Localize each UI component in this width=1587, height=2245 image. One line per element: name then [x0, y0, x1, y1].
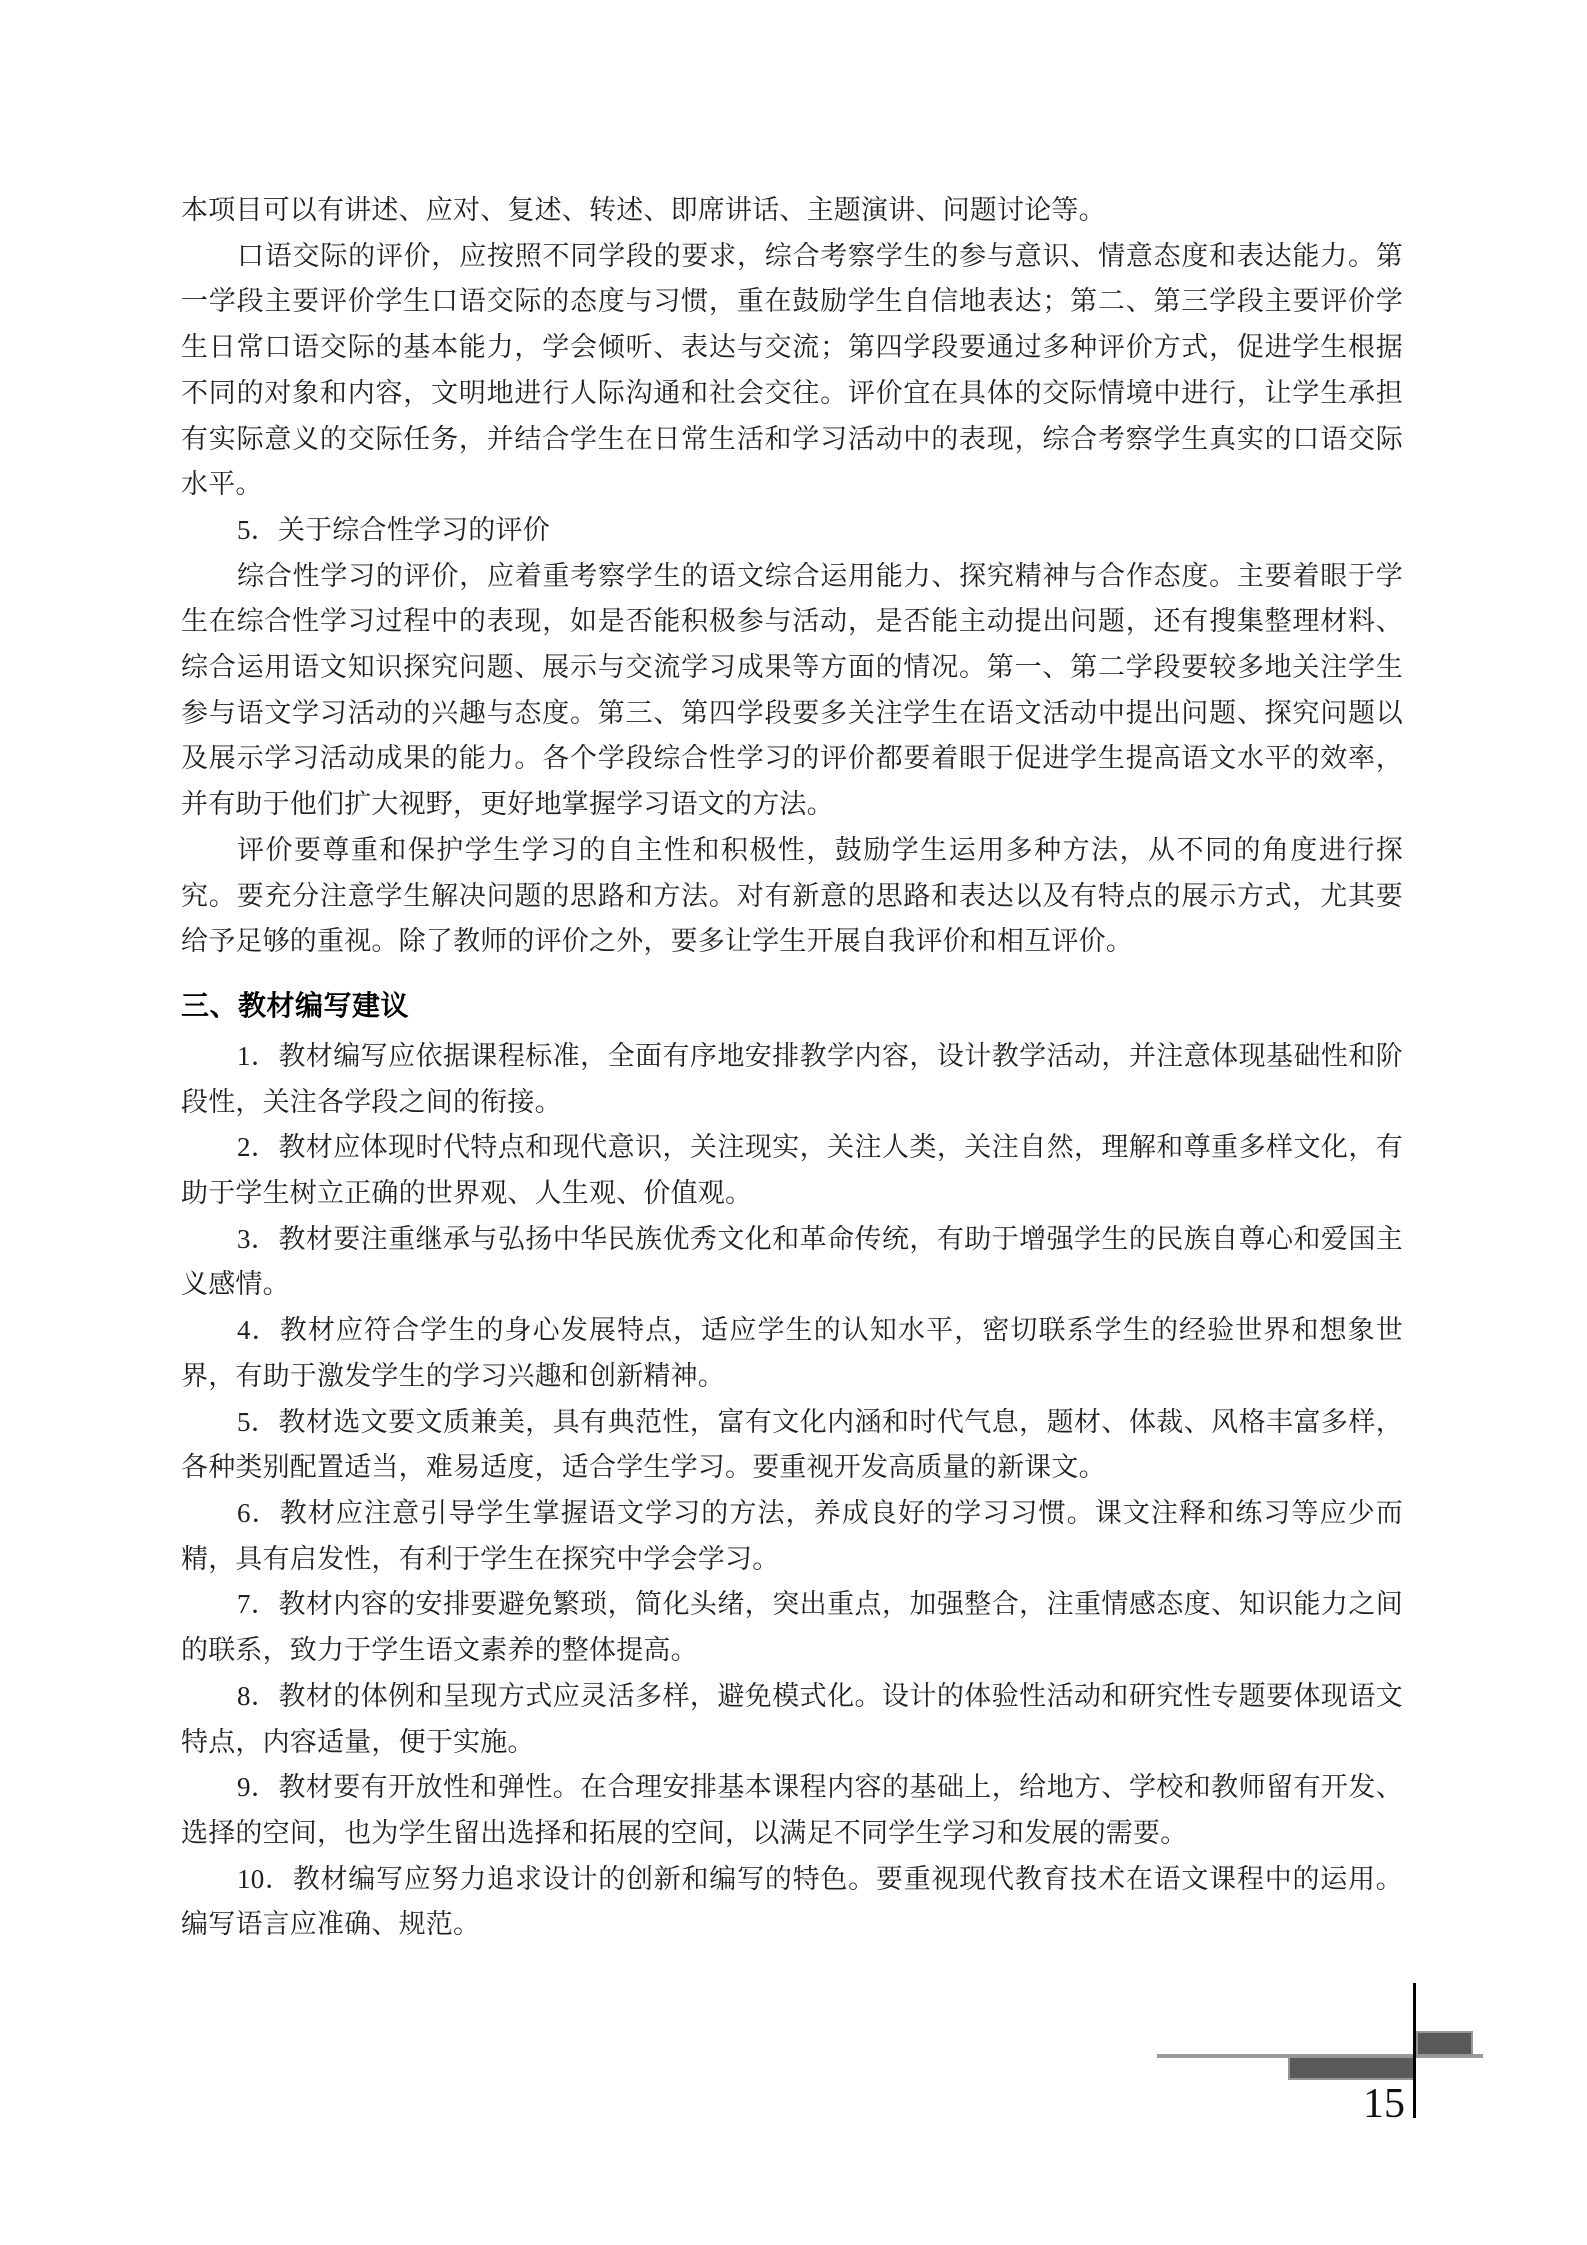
- paragraph-list: 本项目可以有讲述、应对、复述、转述、即席讲话、主题演讲、问题讨论等。 口语交际的…: [181, 188, 1403, 965]
- numbered-item-paragraph: 8．教材的体例和呈现方式应灵活多样，避免模式化。设计的体验性活动和研究性专题要体…: [181, 1674, 1403, 1765]
- numbered-item-paragraph: 7．教材内容的安排要避免繁琐，简化头绪，突出重点，加强整合，注重情感态度、知识能…: [181, 1582, 1403, 1673]
- numbered-item-paragraph: 10．教材编写应努力追求设计的创新和编写的特色。要重视现代教育技术在语文课程中的…: [181, 1857, 1403, 1948]
- footer-vertical-rule: [1413, 1983, 1416, 2118]
- numbered-item-paragraph: 3．教材要注重继承与弘扬中华民族优秀文化和革命传统，有助于增强学生的民族自尊心和…: [181, 1217, 1403, 1308]
- numbered-item-paragraph: 6．教材应注意引导学生掌握语文学习的方法，养成良好的学习习惯。课文注释和练习等应…: [181, 1491, 1403, 1582]
- footer-ornament-upper-block: [1416, 2031, 1473, 2056]
- section-heading: 三、教材编写建议: [181, 983, 1403, 1029]
- page-number: 15: [1356, 2083, 1412, 2125]
- numbered-item-paragraph: 4．教材应符合学生的身心发展特点，适应学生的认知水平，密切联系学生的经验世界和想…: [181, 1308, 1403, 1399]
- footer-ornament-lower-block: [1288, 2056, 1416, 2080]
- document-page: 本项目可以有讲述、应对、复述、转述、即席讲话、主题演讲、问题讨论等。 口语交际的…: [0, 0, 1587, 2245]
- body-paragraph: 本项目可以有讲述、应对、复述、转述、即席讲话、主题演讲、问题讨论等。: [181, 188, 1403, 234]
- body-paragraph: 口语交际的评价，应按照不同学段的要求，综合考察学生的参与意识、情意态度和表达能力…: [181, 234, 1403, 508]
- body-paragraph: 5．关于综合性学习的评价: [181, 508, 1403, 554]
- numbered-item-paragraph: 9．教材要有开放性和弹性。在合理安排基本课程内容的基础上，给地方、学校和教师留有…: [181, 1765, 1403, 1856]
- numbered-item-paragraph: 1．教材编写应依据课程标准，全面有序地安排教学内容，设计教学活动，并注意体现基础…: [181, 1034, 1403, 1125]
- body-paragraph: 评价要尊重和保护学生学习的自主性和积极性，鼓励学生运用多种方法，从不同的角度进行…: [181, 828, 1403, 965]
- numbered-item-paragraph: 2．教材应体现时代特点和现代意识，关注现实，关注人类，关注自然，理解和尊重多样文…: [181, 1125, 1403, 1216]
- body-paragraph: 综合性学习的评价，应着重考察学生的语文综合运用能力、探究精神与合作态度。主要着眼…: [181, 554, 1403, 828]
- page-body: 本项目可以有讲述、应对、复述、转述、即席讲话、主题演讲、问题讨论等。 口语交际的…: [181, 188, 1403, 1948]
- numbered-item-paragraph: 5．教材选文要文质兼美，具有典范性，富有文化内涵和时代气息，题材、体裁、风格丰富…: [181, 1400, 1403, 1491]
- numbered-item-list: 1．教材编写应依据课程标准，全面有序地安排教学内容，设计教学活动，并注意体现基础…: [181, 1034, 1403, 1948]
